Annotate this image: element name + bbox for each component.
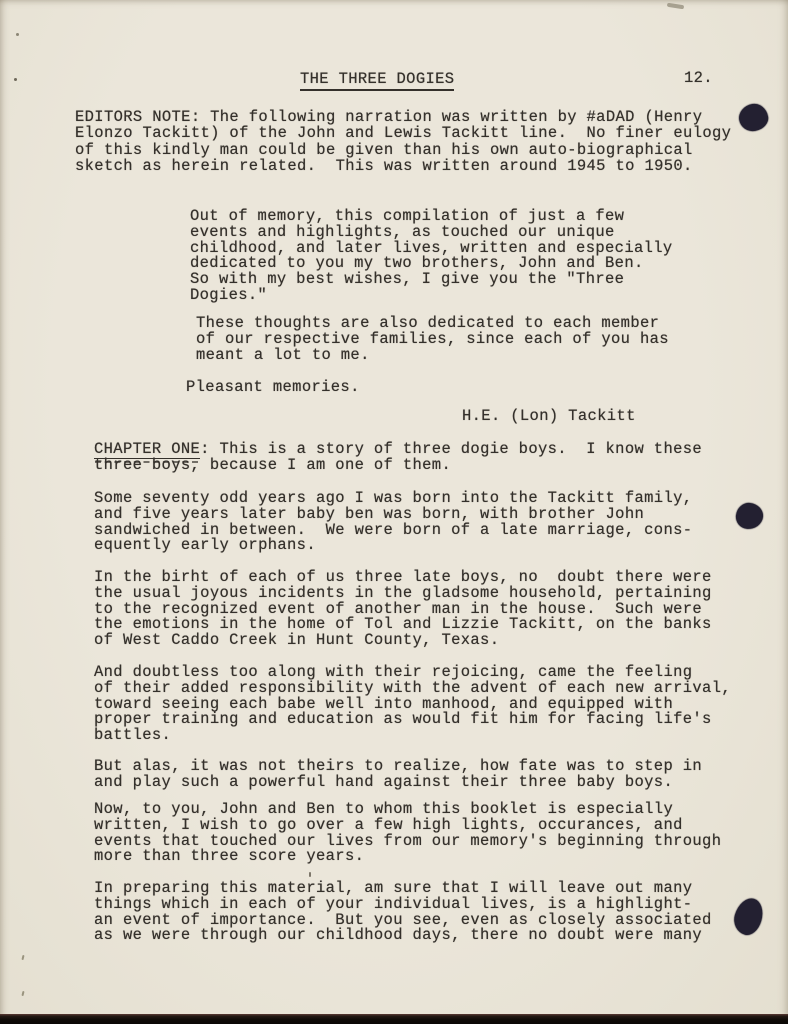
paper-speck [14,78,17,81]
closing-line: Pleasant memories. [186,380,360,396]
body-paragraph: Now, to you, John and Ben to whom this b… [94,802,744,865]
ink-blot [737,102,770,134]
dedication-quote-1: Out of memory, this compilation of just … [190,209,673,304]
body-paragraph: But alas, it was not theirs to realize, … [94,759,744,791]
paper-speck [21,955,24,960]
chapter-one-paragraph: CHAPTER ONE: This is a story of three do… [94,442,742,474]
page-title: THE THREE DOGIES [300,72,454,91]
paper-speck [16,33,19,36]
page-number: 12. [684,71,713,87]
body-paragraph: In the birht of each of us three late bo… [94,570,744,649]
paper-speck [21,991,24,996]
smudge-mark [667,3,684,10]
editors-note: EDITORS NOTE: The following narration wa… [75,109,735,175]
body-paragraph: And doubtless too along with their rejoi… [94,665,749,744]
document-page: THE THREE DOGIES 12. EDITORS NOTE: The f… [0,0,788,1024]
body-paragraph: In preparing this material, am sure that… [94,881,744,944]
body-paragraph: Some seventy odd years ago I was born in… [94,491,744,554]
ink-blot [735,502,765,531]
signature-line: H.E. (Lon) Tackitt [462,409,636,425]
paper-speck [309,872,311,877]
dedication-quote-2: These thoughts are also dedicated to eac… [196,316,669,363]
scan-edge-bottom [0,1014,788,1024]
chapter-one-heading: CHAPTER ONE [94,440,200,459]
